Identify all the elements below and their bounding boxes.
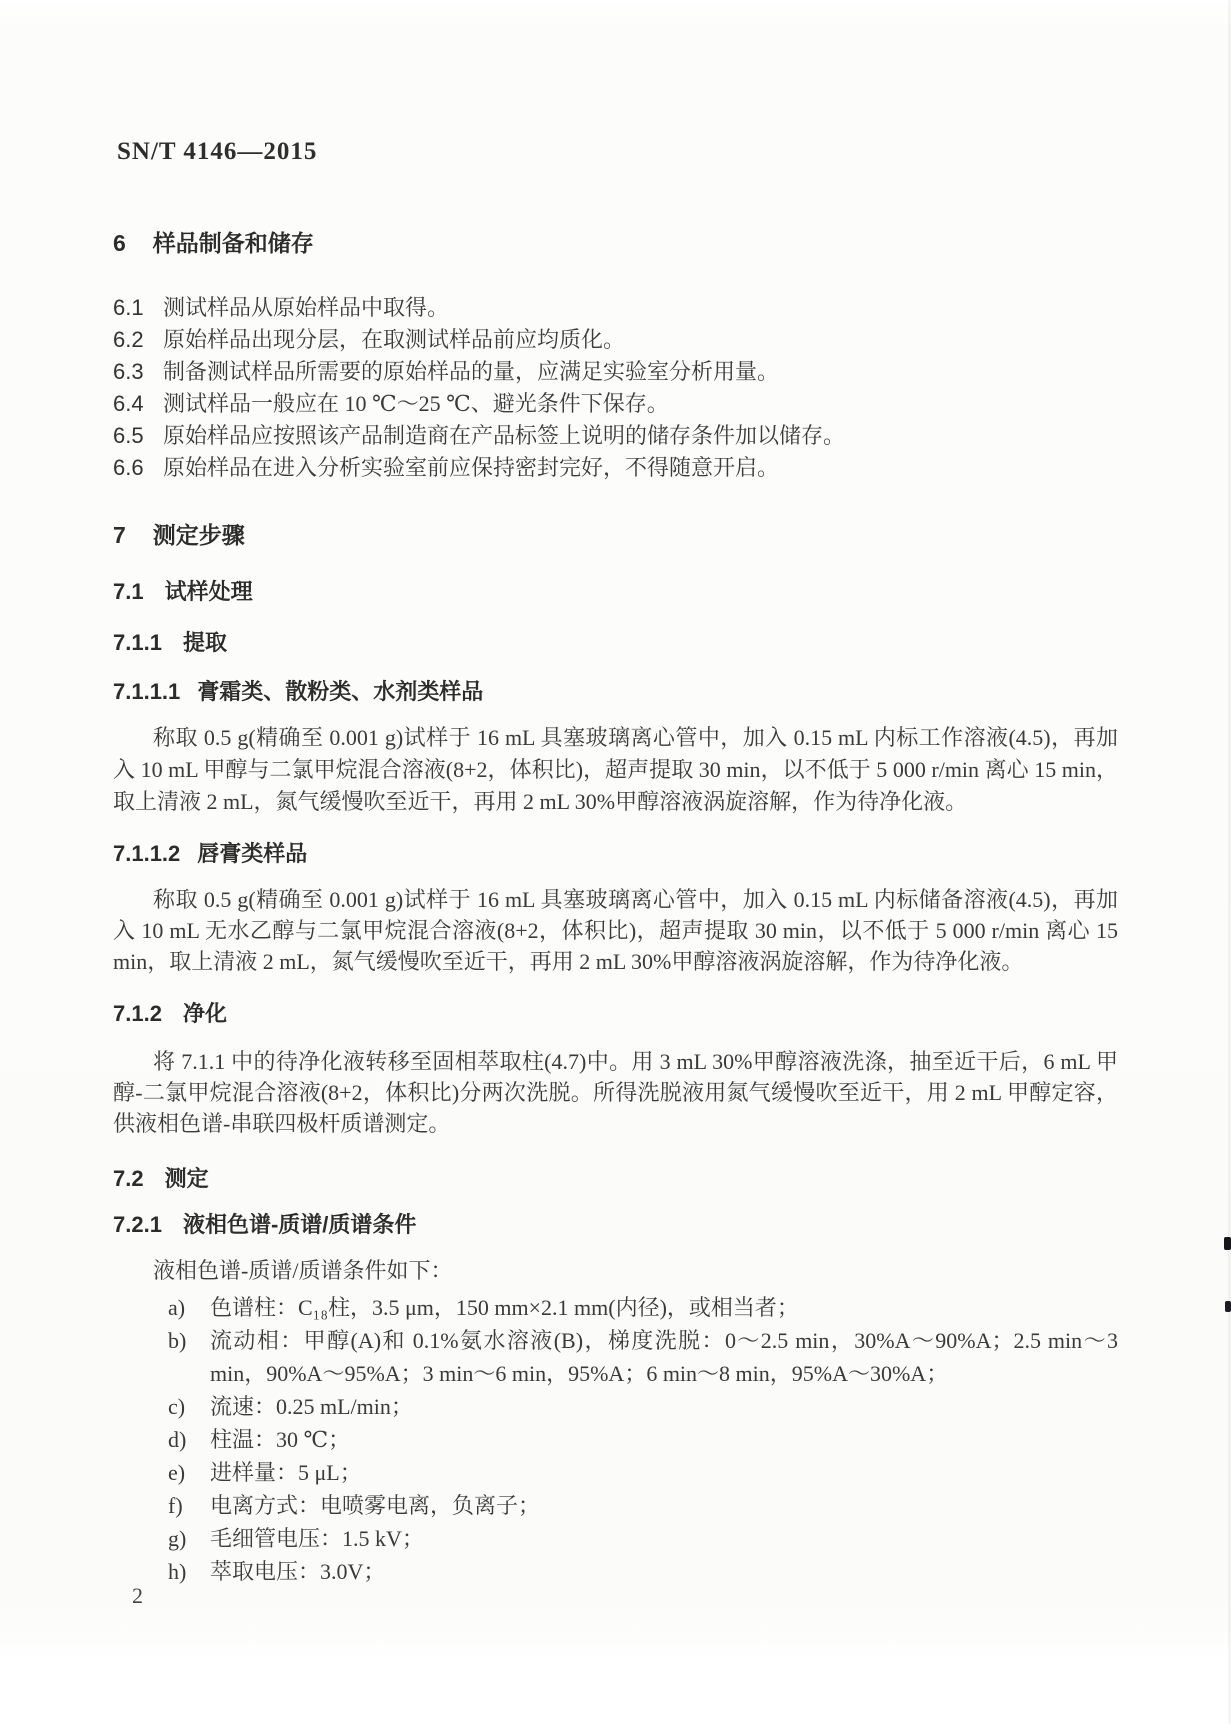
page-number: 2 — [132, 1583, 143, 1609]
clause-6-2: 6.2 原始样品出现分层，在取测试样品前应均质化。 — [113, 324, 1123, 356]
section-6-clauses: 6.1 测试样品从原始样品中取得。 6.2 原始样品出现分层，在取测试样品前应均… — [113, 292, 1123, 484]
heading-7-1: 7.1 试样处理 — [113, 575, 253, 606]
condition-text: 毛细管电压：1.5 kV； — [210, 1522, 1118, 1555]
clause-6-5: 6.5 原始样品应按照该产品制造商在产品标签上说明的储存条件加以储存。 — [113, 420, 1123, 452]
section-7-heading: 7 测定步骤 — [113, 517, 245, 550]
scan-artifact — [1225, 1301, 1231, 1312]
heading-title: 测定 — [165, 1162, 209, 1193]
heading-7-1-1-1: 7.1.1.1 膏霜类、散粉类、水剂类样品 — [113, 675, 483, 706]
heading-number: 7.2 — [113, 1166, 144, 1192]
heading-title: 试样处理 — [165, 575, 253, 606]
paragraph-7-1-1-2: 称取 0.5 g(精确至 0.001 g)试样于 16 mL 具塞玻璃离心管中，… — [113, 884, 1118, 977]
clause-number: 6.1 — [113, 292, 163, 324]
clause-text: 测试样品从原始样品中取得。 — [163, 292, 1123, 324]
section-7-title: 测定步骤 — [153, 517, 245, 550]
clause-text: 原始样品应按照该产品制造商在产品标签上说明的储存条件加以储存。 — [163, 420, 1123, 452]
clause-6-4: 6.4 测试样品一般应在 10 ℃～25 ℃、避光条件下保存。 — [113, 388, 1123, 420]
condition-e: e) 进样量：5 μL； — [113, 1456, 1118, 1489]
clause-text: 制备测试样品所需要的原始样品的量，应满足实验室分析用量。 — [163, 356, 1123, 388]
condition-a: a) 色谱柱：C₁₈柱，3.5 μm，150 mm×2.1 mm(内径)，或相当… — [113, 1291, 1118, 1324]
heading-7-2-1: 7.2.1 液相色谱-质谱/质谱条件 — [113, 1208, 416, 1239]
heading-number: 7.1.1 — [113, 630, 162, 656]
section-7-number: 7 — [113, 522, 126, 549]
condition-label: f) — [168, 1489, 210, 1522]
clause-text: 原始样品在进入分析实验室前应保持密封完好，不得随意开启。 — [163, 452, 1123, 484]
heading-title: 液相色谱-质谱/质谱条件 — [183, 1208, 416, 1239]
condition-label: b) — [168, 1324, 210, 1390]
clause-6-1: 6.1 测试样品从原始样品中取得。 — [113, 292, 1123, 324]
condition-g: g) 毛细管电压：1.5 kV； — [113, 1522, 1118, 1555]
document-page: SN/T 4146—2015 6 样品制备和储存 6.1 测试样品从原始样品中取… — [0, 0, 1231, 1724]
clause-6-6: 6.6 原始样品在进入分析实验室前应保持密封完好，不得随意开启。 — [113, 452, 1123, 484]
heading-7-1-2: 7.1.2 净化 — [113, 997, 227, 1028]
heading-title: 净化 — [183, 997, 227, 1028]
clause-number: 6.5 — [113, 420, 163, 452]
condition-text: 电离方式：电喷雾电离，负离子； — [210, 1489, 1118, 1522]
condition-label: h) — [168, 1555, 210, 1588]
scan-artifact — [1224, 1237, 1231, 1250]
condition-d: d) 柱温：30 ℃； — [113, 1423, 1118, 1456]
condition-text: 柱温：30 ℃； — [210, 1423, 1118, 1456]
condition-text: 萃取电压：3.0V； — [210, 1555, 1118, 1588]
heading-number: 7.2.1 — [113, 1212, 162, 1238]
conditions-list: a) 色谱柱：C₁₈柱，3.5 μm，150 mm×2.1 mm(内径)，或相当… — [113, 1291, 1118, 1588]
condition-label: a) — [168, 1291, 210, 1324]
paragraph-7-1-2: 将 7.1.1 中的待净化液转移至固相萃取柱(4.7)中。用 3 mL 30%甲… — [113, 1046, 1118, 1139]
standard-number: SN/T 4146—2015 — [117, 138, 317, 166]
condition-text: 流动相：甲醇(A)和 0.1%氨水溶液(B)，梯度洗脱：0～2.5 min，30… — [210, 1324, 1118, 1390]
condition-text: 流速：0.25 mL/min； — [210, 1390, 1118, 1423]
condition-text: 色谱柱：C₁₈柱，3.5 μm，150 mm×2.1 mm(内径)，或相当者； — [210, 1291, 1118, 1324]
clause-text: 测试样品一般应在 10 ℃～25 ℃、避光条件下保存。 — [163, 388, 1123, 420]
heading-title: 膏霜类、散粉类、水剂类样品 — [197, 675, 483, 706]
clause-number: 6.2 — [113, 324, 163, 356]
heading-title: 唇膏类样品 — [197, 837, 307, 868]
clause-text: 原始样品出现分层，在取测试样品前应均质化。 — [163, 324, 1123, 356]
heading-number: 7.1 — [113, 579, 144, 605]
condition-label: e) — [168, 1456, 210, 1489]
condition-f: f) 电离方式：电喷雾电离，负离子； — [113, 1489, 1118, 1522]
clause-number: 6.6 — [113, 452, 163, 484]
clause-6-3: 6.3 制备测试样品所需要的原始样品的量，应满足实验室分析用量。 — [113, 356, 1123, 388]
condition-label: g) — [168, 1522, 210, 1555]
section-6-heading: 6 样品制备和储存 — [113, 225, 314, 258]
heading-7-1-1: 7.1.1 提取 — [113, 626, 227, 657]
condition-c: c) 流速：0.25 mL/min； — [113, 1390, 1118, 1423]
conditions-intro: 液相色谱-质谱/质谱条件如下： — [113, 1254, 1118, 1285]
heading-title: 提取 — [183, 626, 227, 657]
section-6-title: 样品制备和储存 — [153, 225, 314, 258]
heading-7-2: 7.2 测定 — [113, 1162, 209, 1193]
clause-number: 6.4 — [113, 388, 163, 420]
section-6-number: 6 — [113, 230, 126, 257]
paragraph-7-1-1-1: 称取 0.5 g(精确至 0.001 g)试样于 16 mL 具塞玻璃离心管中，… — [113, 722, 1118, 818]
clause-number: 6.3 — [113, 356, 163, 388]
heading-number: 7.1.1.1 — [113, 679, 180, 705]
heading-7-1-1-2: 7.1.1.2 唇膏类样品 — [113, 837, 307, 868]
condition-label: d) — [168, 1423, 210, 1456]
condition-label: c) — [168, 1390, 210, 1423]
condition-text: 进样量：5 μL； — [210, 1456, 1118, 1489]
heading-number: 7.1.2 — [113, 1001, 162, 1027]
heading-number: 7.1.1.2 — [113, 841, 180, 867]
condition-h: h) 萃取电压：3.0V； — [113, 1555, 1118, 1588]
condition-b: b) 流动相：甲醇(A)和 0.1%氨水溶液(B)，梯度洗脱：0～2.5 min… — [113, 1324, 1118, 1390]
